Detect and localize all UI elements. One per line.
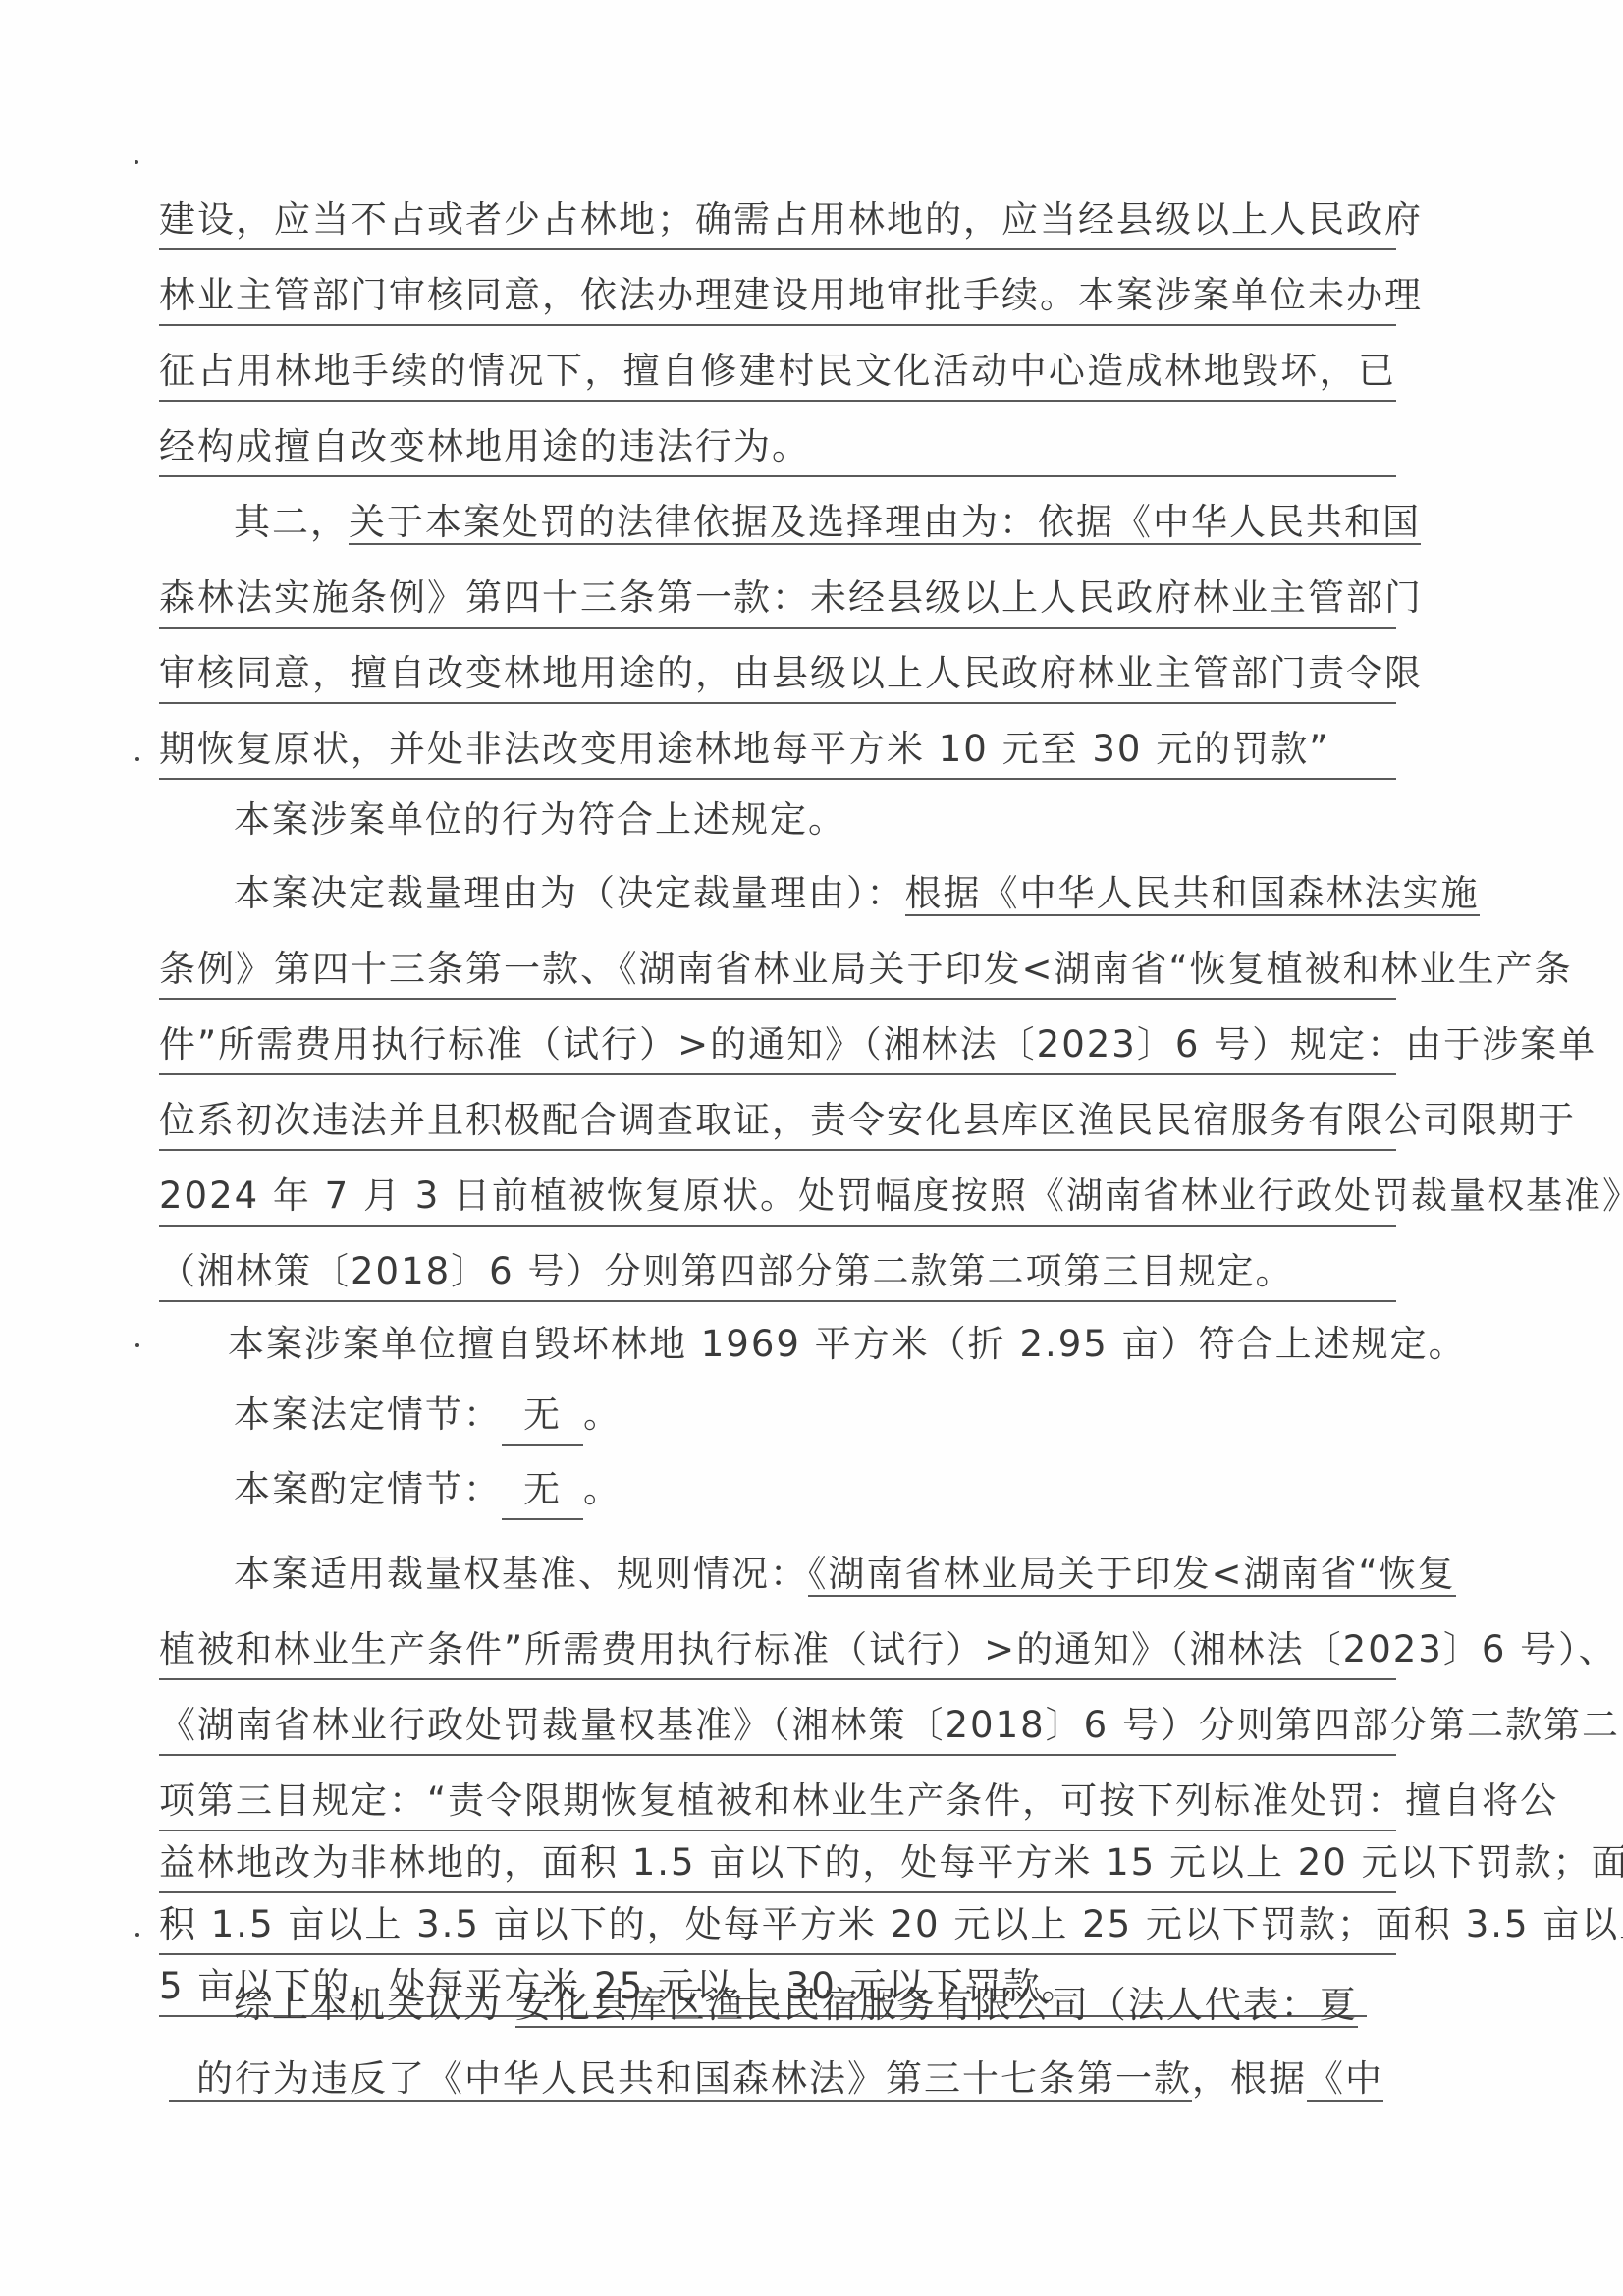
period: 。 <box>583 1468 622 1510</box>
scan-speck <box>135 1933 139 1937</box>
filled-field: 关于本案处罚的法律依据及选择理由为：依据《中华人民共和国 <box>349 501 1421 545</box>
para-prefix: 其二， <box>234 501 349 543</box>
paragraph-line: 件”所需费用执行标准（试行）>的通知》（湘林法〔2023〕6 号）规定：由于涉案… <box>159 1016 1396 1075</box>
paragraph-line: （湘林策〔2018〕6 号）分则第四部分第二款第二项第三目规定。 <box>159 1243 1396 1302</box>
paragraph-line: 建设，应当不占或者少占林地；确需占用林地的，应当经县级以上人民政府 <box>159 191 1396 250</box>
filled-field: 无 <box>502 1461 583 1520</box>
paragraph-line: 审核同意，擅自改变林地用途的，由县级以上人民政府林业主管部门责令限 <box>159 645 1396 704</box>
paragraph-line: 本案适用裁量权基准、规则情况：《湖南省林业局关于印发<湖南省“恢复 <box>159 1546 1471 1603</box>
paragraph-line: 本案涉案单位的行为符合上述规定。 <box>159 792 1471 848</box>
paragraph-line: 林业主管部门审核同意，依法办理建设用地审批手续。本案涉案单位未办理 <box>159 267 1396 326</box>
statutory-circumstances: 本案法定情节：无。 <box>159 1387 1471 1444</box>
paragraph-line: 本案决定裁量理由为（决定裁量理由）：根据《中华人民共和国森林法实施 <box>159 865 1471 922</box>
scan-speck <box>135 1343 139 1347</box>
paragraph-line: 《湖南省林业行政处罚裁量权基准》（湘林策〔2018〕6 号）分则第四部分第二款第… <box>159 1697 1396 1756</box>
para-prefix: 本案决定裁量理由为（决定裁量理由）： <box>234 872 905 914</box>
filled-field-company: 安化县库区渔民民宿服务有限公司（法人代表：夏 <box>515 1984 1358 2028</box>
paragraph-line: 其二，关于本案处罚的法律依据及选择理由为：依据《中华人民共和国 <box>159 494 1471 551</box>
paragraph-line: 期恢复原状，并处非法改变用途林地每平方米 10 元至 30 元的罚款” <box>159 721 1396 780</box>
paragraph-line: 经构成擅自改变林地用途的违法行为。 <box>159 418 1396 477</box>
paragraph-line: 植被和林业生产条件”所需费用执行标准（试行）>的通知》（湘林法〔2023〕6 号… <box>159 1621 1396 1680</box>
discretionary-circumstances: 本案酌定情节：无。 <box>159 1461 1471 1518</box>
filled-field: 《湖南省林业局关于印发<湖南省“恢复 <box>808 1553 1456 1597</box>
paragraph-line: 森林法实施条例》第四十三条第一款：未经县级以上人民政府林业主管部门 <box>159 570 1396 629</box>
field-label: 本案酌定情节： <box>234 1468 502 1510</box>
paragraph-line: 项第三目规定：“责令限期恢复植被和林业生产条件，可按下列标准处罚：擅自将公 <box>159 1773 1396 1831</box>
filled-field: 无 <box>502 1387 583 1446</box>
paragraph-line: 条例》第四十三条第一款、《湖南省林业局关于印发<湖南省“恢复植被和林业生产条 <box>159 941 1396 1000</box>
filled-field-violation: 的行为违反了《中华人民共和国森林法》第三十七条第一款 <box>169 2057 1192 2102</box>
para-prefix: 综上本机关认为 <box>234 1984 502 2026</box>
paragraph-line: 位系初次违法并且积极配合调查取证，责令安化县库区渔民民宿服务有限公司限期于 <box>159 1092 1396 1151</box>
scan-speck <box>135 757 139 761</box>
paragraph-line: 的行为违反了《中华人民共和国森林法》第三十七条第一款，根据《中 <box>169 2050 1406 2107</box>
document-page: 建设，应当不占或者少占林地；确需占用林地的，应当经县级以上人民政府 林业主管部门… <box>0 0 1623 2296</box>
paragraph-line: 积 1.5 亩以上 3.5 亩以下的，处每平方米 20 元以上 25 元以下罚款… <box>159 1896 1396 1955</box>
field-label: 本案法定情节： <box>234 1394 502 1436</box>
filled-field-basis: 《中 <box>1307 2057 1383 2102</box>
paragraph-line: 本案涉案单位擅自毁坏林地 1969 平方米（折 2.95 亩）符合上述规定。 <box>228 1316 1465 1373</box>
filled-field: 根据《中华人民共和国森林法实施 <box>905 872 1480 916</box>
paragraph-line: 综上本机关认为 安化县库区渔民民宿服务有限公司（法人代表：夏 <box>159 1977 1471 2034</box>
scan-speck <box>135 160 138 164</box>
para-prefix: 本案适用裁量权基准、规则情况： <box>234 1553 808 1595</box>
paragraph-line: 益林地改为非林地的，面积 1.5 亩以下的，处每平方米 15 元以上 20 元以… <box>159 1834 1396 1893</box>
paragraph-line: 2024 年 7 月 3 日前植被恢复原状。处罚幅度按照《湖南省林业行政处罚裁量… <box>159 1168 1396 1227</box>
period: 。 <box>583 1394 622 1436</box>
paragraph-line: 征占用林地手续的情况下，擅自修建村民文化活动中心造成林地毁坏，已 <box>159 343 1396 402</box>
connector-text: ，根据 <box>1192 2057 1307 2100</box>
